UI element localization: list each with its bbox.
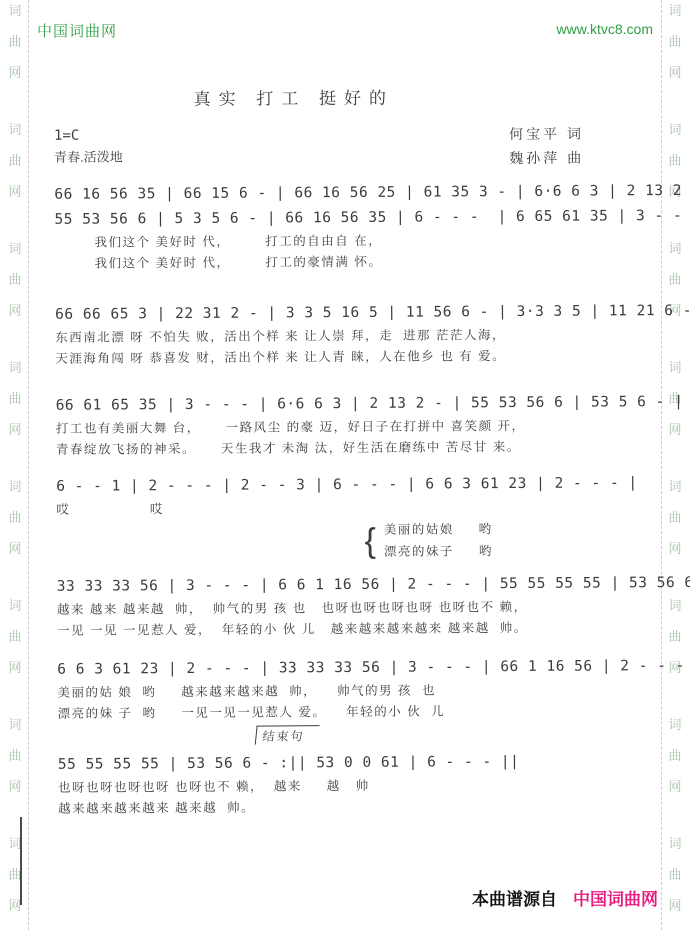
watermark-text: 词曲网 <box>668 837 681 930</box>
score-system: 6 - - 1 | 2 - - - | 2 - - 3 | 6 - - - | … <box>56 471 642 565</box>
watermark-text: 词曲网 <box>668 242 681 335</box>
watermark-text: 词曲网 <box>8 361 21 454</box>
tempo-marking: 青春.活泼地 <box>54 146 123 168</box>
watermark-text: 词曲网 <box>668 123 681 216</box>
credits-block: 何宝平 词 魏孙萍 曲 <box>509 121 639 170</box>
scan-edge-line <box>20 817 22 905</box>
footer: 本曲谱源自 中国词曲网 <box>472 885 658 910</box>
score-meta: 1=C 青春.活泼地 何宝平 词 魏孙萍 曲 <box>54 121 639 173</box>
lyric-line: 我们这个 美好时 代， 打工的豪情满 怀。 <box>55 250 640 275</box>
watermark-column-right: 词曲网词曲网词曲网词曲网词曲网词曲网词曲网词曲网 <box>665 4 685 930</box>
watermark-column-left: 词曲网词曲网词曲网词曲网词曲网词曲网词曲网词曲网 <box>5 4 25 930</box>
watermark-text: 词曲网 <box>8 4 21 97</box>
footer-source-text: 本曲谱源自 <box>472 885 557 910</box>
score-systems: 66 16 56 35 | 66 15 6 - | 66 16 56 25 | … <box>54 179 643 820</box>
song-title: 真实 打工 挺好的 <box>54 83 534 111</box>
score-system: 6 6 3 61 23 | 2 - - - | 33 33 33 56 | 3 … <box>57 654 643 747</box>
lyric-line: 一见 一见 一见惹人 爱， 年轻的小 伙 儿 越来越来越来越来 越来越 帅。 <box>57 617 642 642</box>
notation-line: 33 33 33 56 | 3 - - - | 6 6 1 16 56 | 2 … <box>57 571 642 600</box>
lyricist-credit: 何宝平 词 <box>509 122 584 146</box>
notation-line: 55 55 55 55 | 53 56 6 - :|| 53 0 0 61 | … <box>58 749 643 778</box>
lyric-line: 青春绽放飞扬的神采。 天生我才 未淘 汰，好生活在磨练中 苦尽甘 来。 <box>56 436 641 461</box>
watermark-text: 词曲网 <box>8 480 21 573</box>
lyric-line: 漂亮的妹 子 哟 一见一见一见惹人 爱。 年轻的小 伙 儿 <box>57 700 642 725</box>
key-tempo-block: 1=C 青春.活泼地 <box>54 124 123 168</box>
composer-credit: 魏孙萍 曲 <box>509 146 584 170</box>
notation-line: 66 66 65 3 | 22 31 2 - | 3 3 5 16 5 | 11… <box>55 299 640 328</box>
watermark-text: 词曲网 <box>8 599 21 692</box>
key-signature: 1=C <box>54 124 123 146</box>
score-system: 66 61 65 35 | 3 - - - | 6·6 6 3 | 2 13 2… <box>56 390 641 461</box>
lyric-line: 越来越来越来越来 越来越 帅。 <box>58 795 643 820</box>
notation-line: 6 - - 1 | 2 - - - | 2 - - 3 | 6 - - - | … <box>56 471 641 500</box>
notation-line: 66 61 65 35 | 3 - - - | 6·6 6 3 | 2 13 2… <box>56 390 641 419</box>
watermark-text: 词曲网 <box>8 242 21 335</box>
watermark-text: 词曲网 <box>668 718 681 811</box>
page: 词曲网词曲网词曲网词曲网词曲网词曲网词曲网词曲网 词曲网词曲网词曲网词曲网词曲网… <box>0 0 690 930</box>
site-url-link[interactable]: www.ktvc8.com <box>557 21 653 37</box>
score-system: 66 66 65 3 | 22 31 2 - | 3 3 5 16 5 | 11… <box>55 299 640 370</box>
left-dashed-rule <box>28 0 29 930</box>
footer-brand-link[interactable]: 中国词曲网 <box>573 885 658 910</box>
score-system: 55 55 55 55 | 53 56 6 - :|| 53 0 0 61 | … <box>58 749 643 820</box>
duet-lyric-lines: 美丽的姑娘 哟漂亮的妹子 哟 <box>384 518 493 563</box>
ending-phrase-label: 结束句 <box>255 725 320 744</box>
site-name-link[interactable]: 中国词曲网 <box>37 20 117 41</box>
watermark-text: 词曲网 <box>668 599 681 692</box>
watermark-text: 词曲网 <box>668 480 681 573</box>
notation-line: 55 53 56 6 | 5 3 5 6 - | 66 16 56 35 | 6… <box>54 204 639 233</box>
lyric-line: 天涯海角闯 呀 恭喜发 财，活出个样 来 让人青 睐，人在他乡 也 有 爱。 <box>55 345 640 370</box>
score-system: 33 33 33 56 | 3 - - - | 6 6 1 16 56 | 2 … <box>57 571 642 642</box>
lyric-line: 美丽的姑娘 哟 <box>384 518 493 541</box>
watermark-text: 词曲网 <box>8 718 21 811</box>
lyric-line: 漂亮的妹子 哟 <box>384 540 493 563</box>
duet-lyric-group: {美丽的姑娘 哟漂亮的妹子 哟 <box>364 517 641 563</box>
score-system: 66 16 56 35 | 66 15 6 - | 66 16 56 25 | … <box>54 179 640 275</box>
notation-line: 66 16 56 35 | 66 15 6 - | 66 16 56 25 | … <box>54 179 639 208</box>
notation-line: 6 6 3 61 23 | 2 - - - | 33 33 33 56 | 3 … <box>57 654 642 683</box>
watermark-text: 词曲网 <box>8 123 21 216</box>
watermark-text: 词曲网 <box>668 4 681 97</box>
score-sheet: 真实 打工 挺好的 1=C 青春.活泼地 何宝平 词 魏孙萍 曲 66 16 5… <box>54 82 644 836</box>
right-dashed-rule <box>661 0 662 930</box>
brace-glyph: { <box>364 524 376 558</box>
